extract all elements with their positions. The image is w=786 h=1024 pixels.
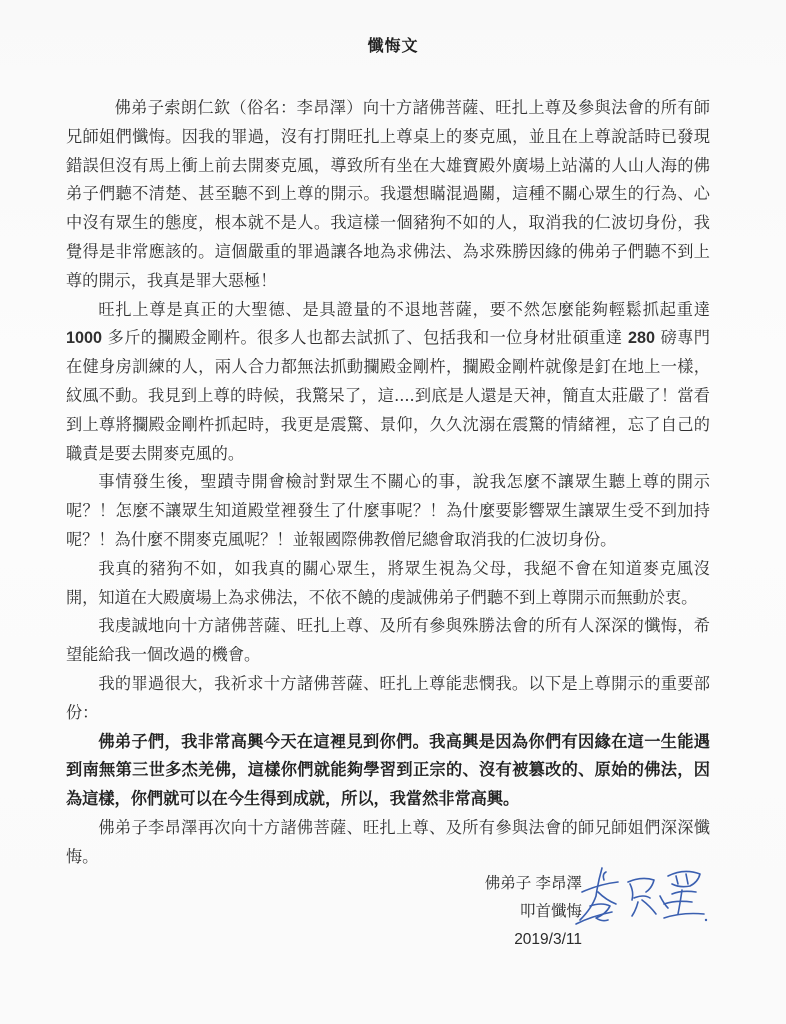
signer-salutation: 叩首懺悔 xyxy=(432,898,582,926)
paragraph-aftermath: 事情發生後，聖蹟寺開會檢討對眾生不關心的事，說我怎麼不讓眾生聽上尊的開示呢？！怎… xyxy=(66,468,710,554)
document-title: 懺悔文 xyxy=(0,33,786,56)
paragraph-vajra-pestle: 旺扎上尊是真正的大聖德、是具證量的不退地菩薩，要不然怎麼能夠輕鬆抓起重達1000… xyxy=(66,296,710,469)
paragraph-text: 多斤的攔殿金剛杵。很多人也都去試抓了、包括我和一位身材壯碩重達 xyxy=(102,328,628,347)
scanned-document-page: 懺悔文 佛弟子索朗仁欽（俗名：李昂澤）向十方諸佛菩薩、旺扎上尊及參與法會的所有師… xyxy=(0,0,786,1024)
paragraph-repentance: 我虔誠地向十方諸佛菩薩、旺扎上尊、及所有參與殊勝法會的所有人深深的懺悔，希望能給… xyxy=(66,612,710,670)
paragraph-quoted-teaching: 佛弟子們，我非常高興今天在這裡見到你們。我高興是因為你們有因緣在這一生能遇到南無… xyxy=(66,728,710,814)
signature-date: 2019/3/11 xyxy=(432,926,582,954)
document-body: 佛弟子索朗仁欽（俗名：李昂澤）向十方諸佛菩薩、旺扎上尊及參與法會的所有師兄師姐們… xyxy=(66,94,710,872)
handwritten-signature-icon xyxy=(572,862,712,932)
weight-value-jin: 1000 xyxy=(66,329,102,347)
signature-block: 佛弟子 李昂澤 叩首懺悔 2019/3/11 xyxy=(432,870,582,954)
paragraph-plea: 我的罪過很大，我祈求十方諸佛菩薩、旺扎上尊能悲憫我。以下是上尊開示的重要部份： xyxy=(66,670,710,728)
weight-value-pounds: 280 xyxy=(628,329,655,347)
paragraph-text: 旺扎上尊是真正的大聖德、是具證量的不退地菩薩，要不然怎麼能夠輕鬆抓起重達 xyxy=(98,300,710,319)
paragraph-text: 磅專門在健身房訓練的人，兩人合力都無法抓動攔殿金剛杵，攔殿金剛杵就像是釘在地上一… xyxy=(66,328,710,462)
paragraph-self-reproach: 我真的豬狗不如，如我真的關心眾生，將眾生視為父母，我絕不會在知道麥克風沒開，知道… xyxy=(66,555,710,613)
signer-name: 佛弟子 李昂澤 xyxy=(432,870,582,898)
paragraph-confession-intro: 佛弟子索朗仁欽（俗名：李昂澤）向十方諸佛菩薩、旺扎上尊及參與法會的所有師兄師姐們… xyxy=(66,94,710,296)
